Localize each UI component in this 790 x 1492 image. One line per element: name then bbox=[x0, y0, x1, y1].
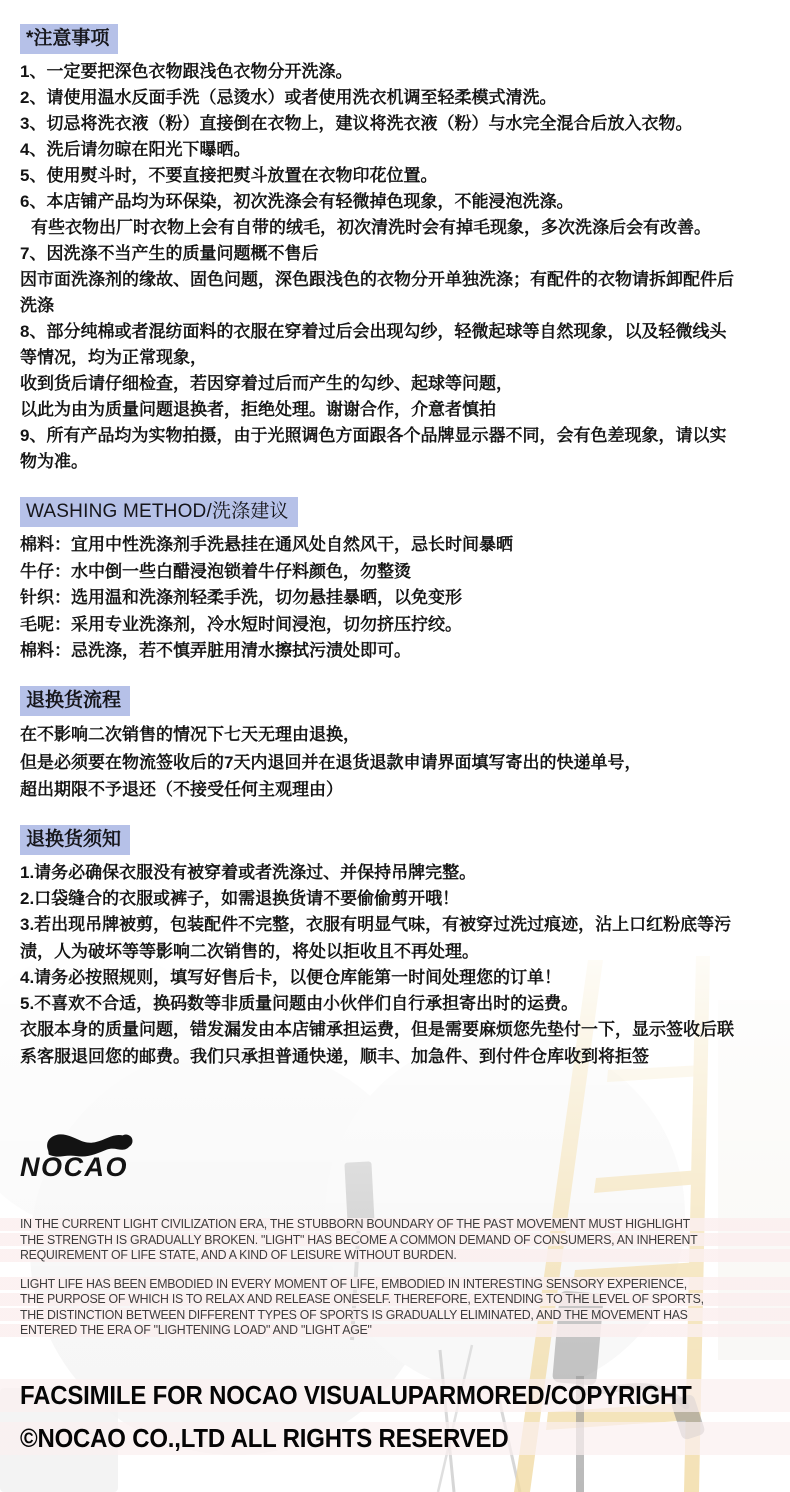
washing-method-section: WASHING METHOD/洗涤建议 棉料：宜用中性洗涤剂手洗悬挂在通风处自然… bbox=[20, 497, 770, 665]
english-line-text: THE PURPOSE OF WHICH IS TO RELAX AND REL… bbox=[20, 1291, 704, 1307]
product-care-page: *注意事项 1、一定要把深色衣物跟浅色衣物分开洗涤。 2、请使用温水反面手洗（忌… bbox=[0, 0, 790, 1492]
return-process-heading: 退换货流程 bbox=[20, 686, 130, 716]
english-line-text: THE DISTINCTION BETWEEN DIFFERENT TYPES … bbox=[20, 1307, 688, 1323]
english-line: IN THE CURRENT LIGHT CIVILIZATION ERA, T… bbox=[0, 1216, 790, 1232]
notice-line: 等情况，均为正常现象， bbox=[20, 345, 770, 371]
notice-line: 因市面洗涤剂的缘故、固色问题，深色跟浅色的衣物分开单独洗涤；有配件的衣物请拆卸配… bbox=[20, 267, 770, 293]
notice-line: 6、本店铺产品均为环保染，初次洗涤会有轻微掉色现象，不能浸泡洗涤。 bbox=[20, 189, 770, 215]
english-intro-paragraph-2: LIGHT LIFE HAS BEEN EMBODIED IN EVERY MO… bbox=[0, 1276, 790, 1338]
notice-line: 2、请使用温水反面手洗（忌烫水）或者使用洗衣机调至轻柔模式清洗。 bbox=[20, 85, 770, 111]
return-process-line: 在不影响二次销售的情况下七天无理由退换， bbox=[20, 721, 770, 749]
notice-section: *注意事项 1、一定要把深色衣物跟浅色衣物分开洗涤。 2、请使用温水反面手洗（忌… bbox=[20, 24, 770, 475]
notice-heading: *注意事项 bbox=[20, 24, 118, 54]
notice-line: 8、部分纯棉或者混纺面料的衣服在穿着过后会出现勾纱，轻微起球等自然现象，以及轻微… bbox=[20, 319, 770, 345]
english-line-text: IN THE CURRENT LIGHT CIVILIZATION ERA, T… bbox=[20, 1216, 690, 1232]
english-line: LIGHT LIFE HAS BEEN EMBODIED IN EVERY MO… bbox=[0, 1276, 790, 1292]
english-line: THE STRENGTH IS GRADUALLY BROKEN. "LIGHT… bbox=[0, 1232, 790, 1248]
washing-line: 棉料：忌洗涤，若不慎弄脏用清水擦拭污渍处即可。 bbox=[20, 638, 770, 665]
copyright-line: FACSIMILE FOR NOCAO VISUALUPARMORED/COPY… bbox=[0, 1375, 790, 1418]
return-notice-line: 3.若出现吊牌被剪，包装配件不完整，衣服有明显气味，有被穿过洗过痕迹，沾上口红粉… bbox=[20, 912, 770, 938]
return-notice-heading: 退换货须知 bbox=[20, 825, 130, 855]
return-process-line: 但是必须要在物流签收后的7天内退回并在退货退款申请界面填写寄出的快递单号， bbox=[20, 749, 770, 777]
washing-line: 牛仔：水中倒一些白醋浸泡锁着牛仔料颜色，勿整烫 bbox=[20, 559, 770, 586]
nocao-logo: NOCAO bbox=[20, 1128, 152, 1182]
copyright-block: FACSIMILE FOR NOCAO VISUALUPARMORED/COPY… bbox=[20, 1375, 770, 1461]
nocao-logo-text: NOCAO bbox=[20, 1152, 128, 1182]
english-line-text: THE STRENGTH IS GRADUALLY BROKEN. "LIGHT… bbox=[20, 1232, 697, 1248]
return-notice-line: 2.口袋缝合的衣服或裤子，如需退换货请不要偷偷剪开哦！ bbox=[20, 886, 770, 912]
english-line: THE DISTINCTION BETWEEN DIFFERENT TYPES … bbox=[0, 1307, 790, 1323]
english-line: ENTERED THE ERA OF "LIGHTENING LOAD" AND… bbox=[0, 1322, 790, 1338]
washing-method-heading: WASHING METHOD/洗涤建议 bbox=[20, 497, 298, 527]
washing-line: 毛呢：采用专业洗涤剂，冷水短时间浸泡，切勿挤压拧绞。 bbox=[20, 612, 770, 639]
notice-line: 4、洗后请勿晾在阳光下曝晒。 bbox=[20, 137, 770, 163]
notice-line: 收到货后请仔细检查，若因穿着过后而产生的勾纱、起球等问题， bbox=[20, 371, 770, 397]
english-line: REQUIREMENT OF LIFE STATE, AND A KIND OF… bbox=[0, 1247, 790, 1263]
english-line-text: LIGHT LIFE HAS BEEN EMBODIED IN EVERY MO… bbox=[20, 1276, 687, 1292]
washing-line: 针织：选用温和洗涤剂轻柔手洗，切勿悬挂暴晒，以免变形 bbox=[20, 585, 770, 612]
return-notice-line: 系客服退回您的邮费。我们只承担普通快递，顺丰、加急件、到付件仓库收到将拒签 bbox=[20, 1044, 770, 1070]
notice-line: 1、一定要把深色衣物跟浅色衣物分开洗涤。 bbox=[20, 59, 770, 85]
return-notice-line: 5.不喜欢不合适，换码数等非质量问题由小伙伴们自行承担寄出时的运费。 bbox=[20, 991, 770, 1017]
copyright-line-text: ©NOCAO CO.,LTD ALL RIGHTS RESERVED bbox=[20, 1418, 508, 1461]
return-notice-line: 4.请务必按照规则，填写好售后卡，以便仓库能第一时间处理您的订单！ bbox=[20, 965, 770, 991]
copyright-line-text: FACSIMILE FOR NOCAO VISUALUPARMORED/COPY… bbox=[20, 1375, 692, 1418]
english-line-text: REQUIREMENT OF LIFE STATE, AND A KIND OF… bbox=[20, 1247, 456, 1263]
english-line: THE PURPOSE OF WHICH IS TO RELAX AND REL… bbox=[0, 1291, 790, 1307]
notice-line: 7、因洗涤不当产生的质量问题概不售后 bbox=[20, 241, 770, 267]
notice-line: 物为准。 bbox=[20, 449, 770, 475]
notice-line: 有些衣物出厂时衣物上会有自带的绒毛，初次清洗时会有掉毛现象，多次洗涤后会有改善。 bbox=[20, 215, 770, 241]
copyright-line: ©NOCAO CO.,LTD ALL RIGHTS RESERVED bbox=[0, 1418, 790, 1461]
notice-line: 以此为由为质量问题退换者，拒绝处理。谢谢合作，介意者慎拍 bbox=[20, 397, 770, 423]
return-notice-line: 衣服本身的质量问题，错发漏发由本店铺承担运费，但是需要麻烦您先垫付一下，显示签收… bbox=[20, 1017, 770, 1043]
page-content: *注意事项 1、一定要把深色衣物跟浅色衣物分开洗涤。 2、请使用温水反面手洗（忌… bbox=[0, 0, 790, 1461]
return-notice-line: 渍，人为破坏等等影响二次销售的，将处以拒收且不再处理。 bbox=[20, 939, 770, 965]
return-notice-line: 1.请务必确保衣服没有被穿着或者洗涤过、并保持吊牌完整。 bbox=[20, 860, 770, 886]
washing-line: 棉料：宜用中性洗涤剂手洗悬挂在通风处自然风干，忌长时间暴晒 bbox=[20, 532, 770, 559]
notice-line: 9、所有产品均为实物拍摄，由于光照调色方面跟各个品牌显示器不同，会有色差现象，请… bbox=[20, 423, 770, 449]
return-process-line: 超出期限不予退还（不接受任何主观理由） bbox=[20, 776, 770, 804]
return-process-section: 退换货流程 在不影响二次销售的情况下七天无理由退换， 但是必须要在物流签收后的7… bbox=[20, 686, 770, 804]
notice-line: 5、使用熨斗时，不要直接把熨斗放置在衣物印花位置。 bbox=[20, 163, 770, 189]
notice-line: 洗涤 bbox=[20, 293, 770, 319]
english-line-text: ENTERED THE ERA OF "LIGHTENING LOAD" AND… bbox=[20, 1322, 372, 1338]
english-intro-paragraph-1: IN THE CURRENT LIGHT CIVILIZATION ERA, T… bbox=[0, 1216, 790, 1263]
notice-line: 3、切忌将洗衣液（粉）直接倒在衣物上，建议将洗衣液（粉）与水完全混合后放入衣物。 bbox=[20, 111, 770, 137]
return-notice-section: 退换货须知 1.请务必确保衣服没有被穿着或者洗涤过、并保持吊牌完整。 2.口袋缝… bbox=[20, 825, 770, 1071]
